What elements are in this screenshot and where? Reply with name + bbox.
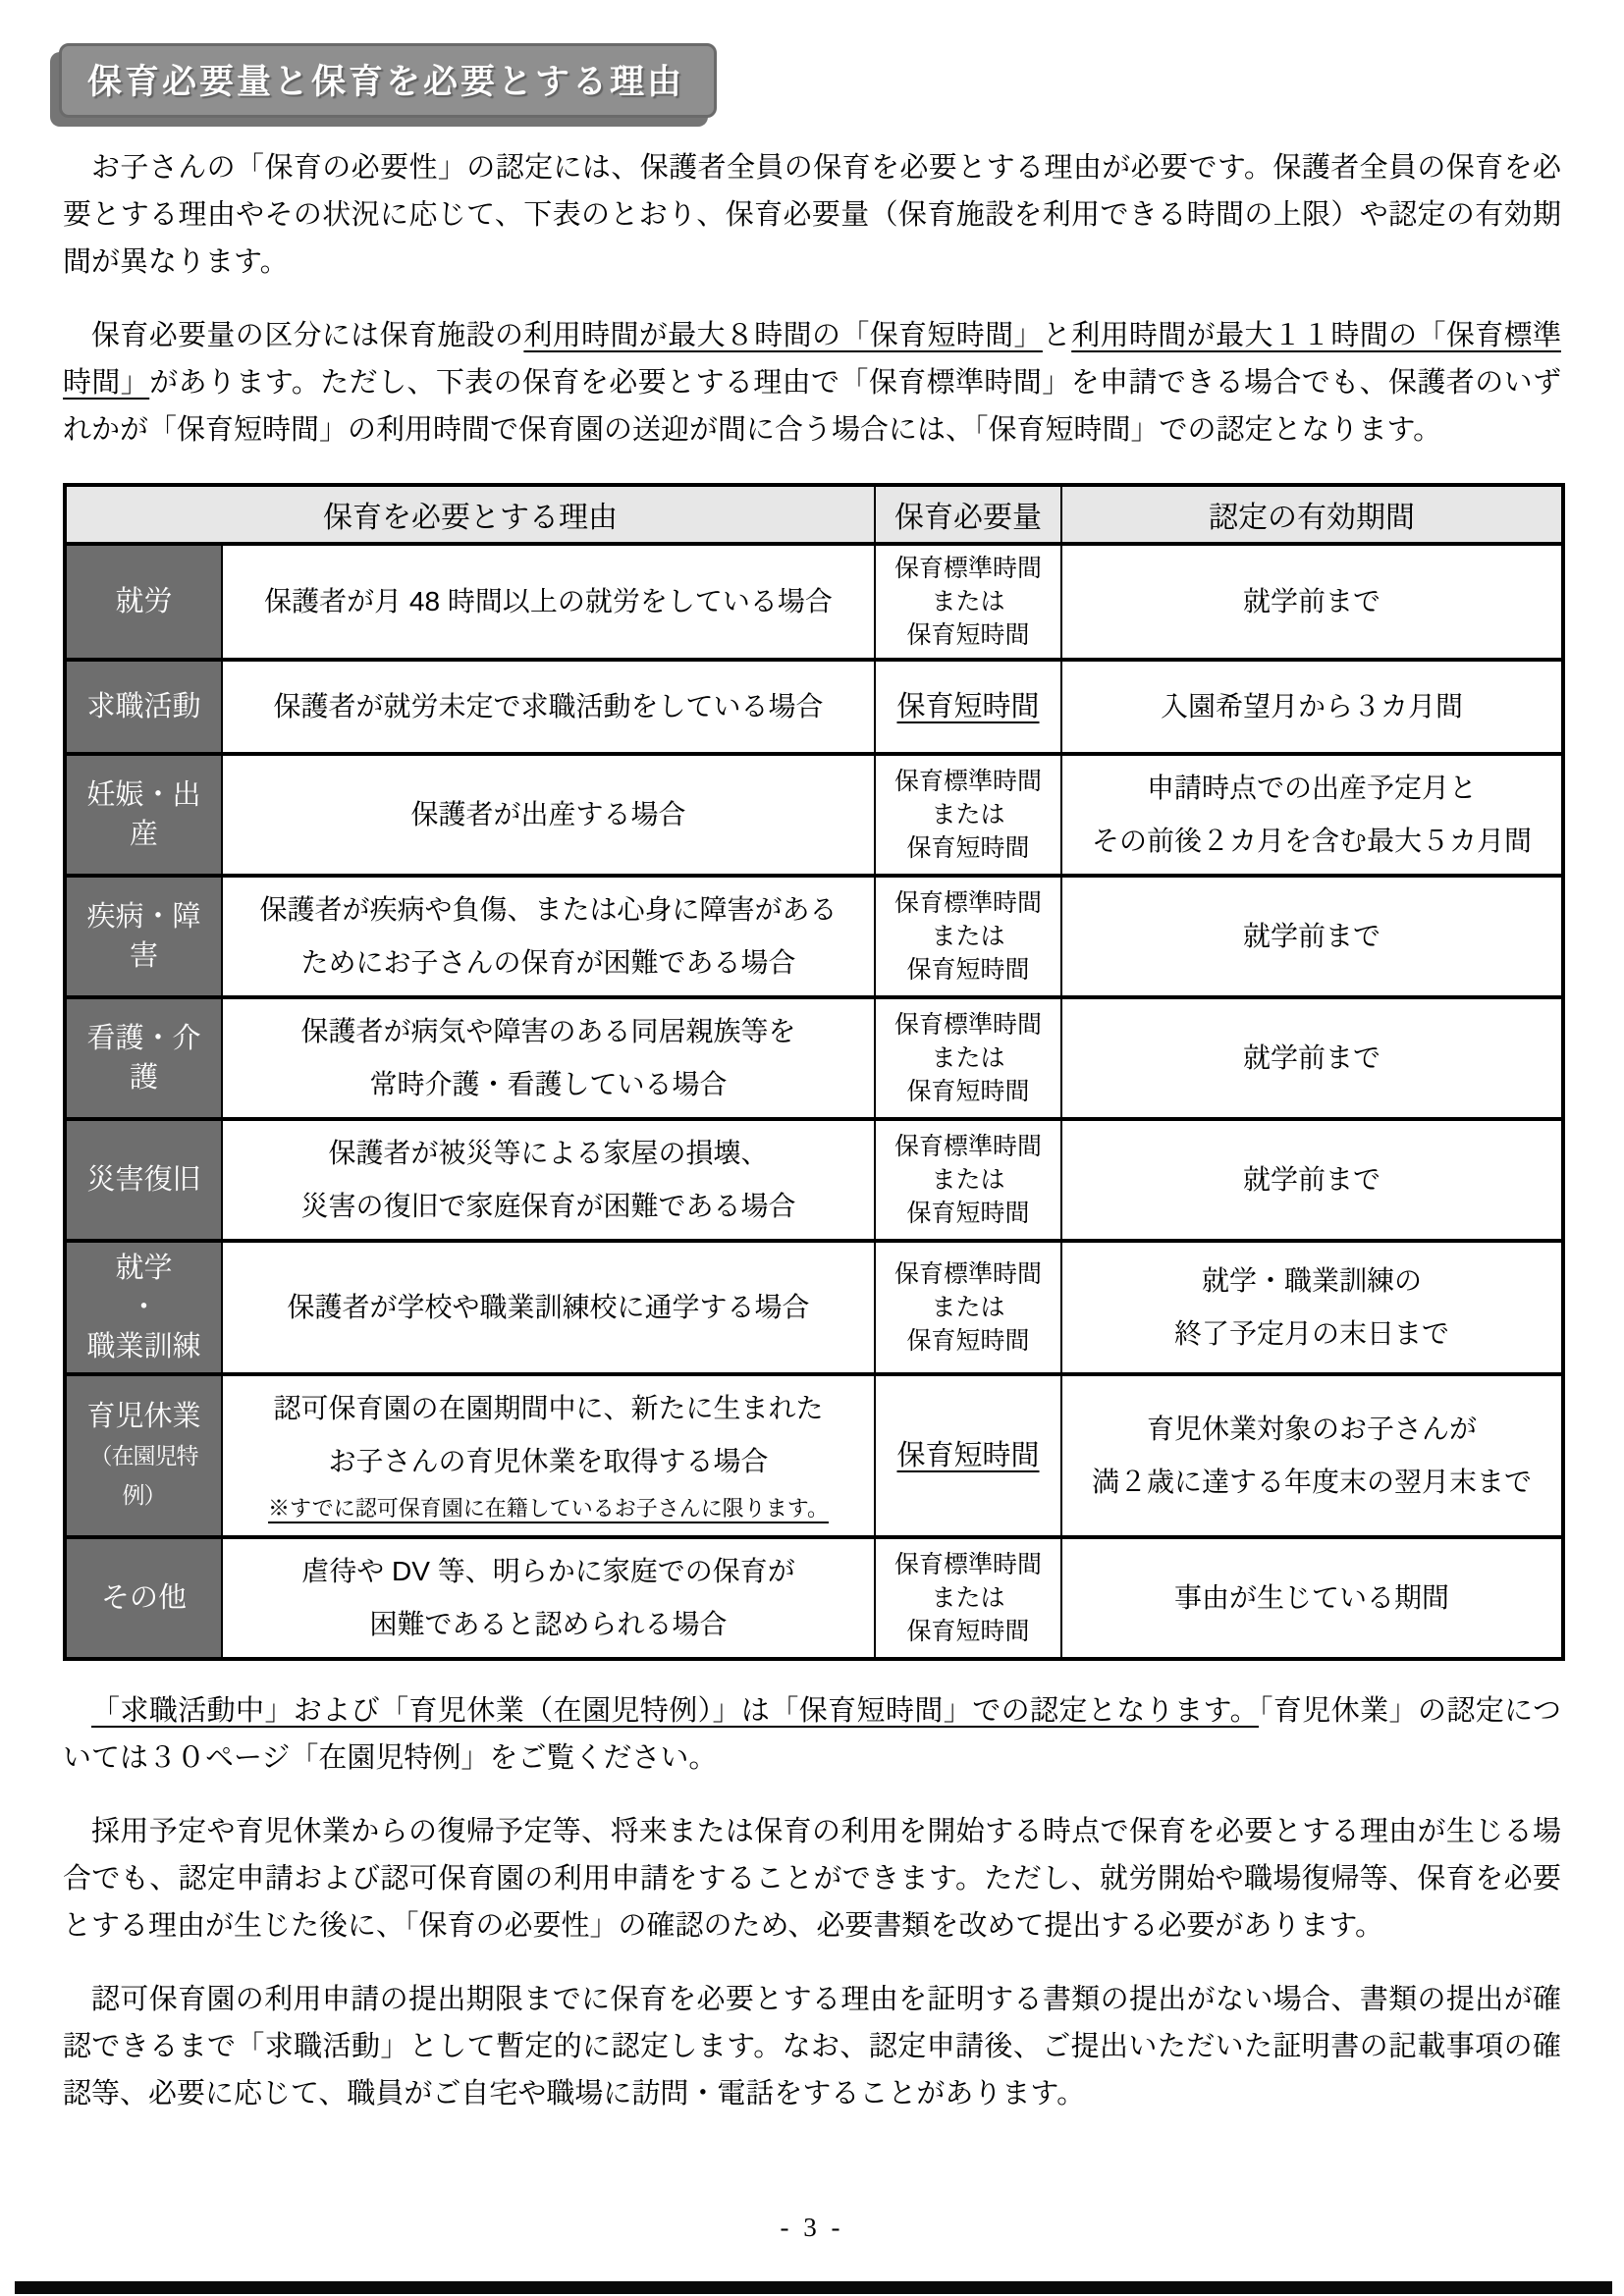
text-segment: があります。ただし、下表の保育を必要とする理由で「保育標準時間」を申請できる場合… [63,367,1561,446]
cell-line: 就学前まで [1070,910,1553,963]
cell-line: その他 [75,1578,213,1618]
table-row: 災害復旧保護者が被災等による家屋の損壊、災害の復旧で家庭保育が困難である場合保育… [65,1119,1563,1241]
cell-line: 保育標準時間 [884,552,1053,585]
cell-line: 保育短時間 [884,618,1053,652]
bottom-scan-bar [15,2281,1612,2294]
row-amount: 保育短時間 [875,660,1061,754]
row-validity: 就学前まで [1061,1119,1563,1241]
cell-line: 保護者が就労未定で求職活動をしている場合 [231,680,866,733]
table-row: その他虐待や DV 等、明らかに家庭での保育が困難であると認められる場合保育標準… [65,1537,1563,1659]
cell-line: 育児休業 [75,1397,213,1436]
cell-line: 保護者が出産する場合 [231,788,866,841]
cell-line: 保護者が被災等による家屋の損壊、 [231,1127,866,1180]
cell-line: または [884,1581,1053,1615]
cell-line: 就学・職業訓練の [1070,1255,1553,1308]
cell-line: 保育標準時間 [884,1130,1053,1163]
cell-line: （在園児特例） [75,1436,213,1515]
row-amount: 保育標準時間または保育短時間 [875,1119,1061,1241]
table-row: 妊娠・出産保護者が出産する場合保育標準時間または保育短時間申請時点での出産予定月… [65,754,1563,876]
row-amount: 保育標準時間または保育短時間 [875,997,1061,1119]
cell-line: 保護者が月 48 時間以上の就労をしている場合 [231,575,866,628]
cell-line: 育児休業対象のお子さんが [1070,1403,1553,1456]
cell-line: または [884,920,1053,953]
text-segment: 利用時間が最大８時間の「保育短時間」 [523,320,1042,351]
row-description: 保護者が月 48 時間以上の就労をしている場合 [222,544,875,660]
page-number: - 3 - [0,2213,1624,2243]
row-validity: 就学前まで [1061,876,1563,997]
table-row: 育児休業（在園児特例）認可保育園の在園期間中に、新たに生まれたお子さんの育児休業… [65,1374,1563,1537]
reason-table-body: 就労保護者が月 48 時間以上の就労をしている場合保育標準時間または保育短時間就… [65,544,1563,1659]
row-amount: 保育標準時間または保育短時間 [875,876,1061,997]
cell-line: 保育短時間 [884,831,1053,865]
row-category: 災害復旧 [65,1119,222,1241]
cell-line: 申請時点での出産予定月と [1070,762,1553,815]
row-amount: 保育標準時間または保育短時間 [875,754,1061,876]
row-category: その他 [65,1537,222,1659]
cell-line: 就学前まで [1070,1153,1553,1206]
cell-line: 入園希望月から３カ月間 [1070,680,1553,733]
table-header-validity: 認定の有効期間 [1061,485,1563,544]
row-validity: 事由が生じている期間 [1061,1537,1563,1659]
cell-line: 看護・介護 [75,1019,213,1097]
cell-line: 保護者が病気や障害のある同居親族等を [231,1005,866,1058]
cell-line: 事由が生じている期間 [1070,1572,1553,1625]
cell-line: 災害の復旧で家庭保育が困難である場合 [231,1180,866,1233]
cell-line: 認可保育園の在園期間中に、新たに生まれた [231,1382,866,1435]
content-area: 保育必要量と保育を必要とする理由 お子さんの「保育の必要性」の認定には、保護者全… [0,0,1624,2117]
table-header-amount: 保育必要量 [875,485,1061,544]
cell-line: 満２歳に達する年度末の翌月末まで [1070,1456,1553,1509]
table-header-row: 保育を必要とする理由 保育必要量 認定の有効期間 [65,485,1563,544]
cell-line: 保育短時間 [884,1324,1053,1358]
note-paragraph-1: 「求職活動中」および「育児休業（在園児特例）」は「保育短時間」での認定となります… [63,1687,1561,1782]
cell-line: ※すでに認可保育園に在籍しているお子さんに限ります。 [231,1488,866,1529]
text-segment: 「求職活動中」および「育児休業（在園児特例）」は「保育短時間」での認定となります… [91,1695,1259,1727]
cell-line: 災害復旧 [75,1160,213,1200]
cell-line: 保育短時間 [884,1615,1053,1648]
row-category: 就学・職業訓練 [65,1241,222,1374]
row-description: 保護者が学校や職業訓練校に通学する場合 [222,1241,875,1374]
cell-line: または [884,1291,1053,1324]
cell-line: 保育短時間 [884,684,1053,729]
cell-line: 保育標準時間 [884,886,1053,920]
row-description: 保護者が病気や障害のある同居親族等を常時介護・看護している場合 [222,997,875,1119]
cell-line: 妊娠・出産 [75,775,213,854]
page-title: 保育必要量と保育を必要とする理由 [59,43,717,118]
note-paragraph-2: 採用予定や育児休業からの復帰予定等、将来または保育の利用を開始する時点で保育を必… [63,1808,1561,1949]
row-category: 疾病・障害 [65,876,222,997]
cell-line: 常時介護・看護している場合 [231,1058,866,1111]
table-header-reason: 保育を必要とする理由 [65,485,875,544]
cell-line: 保護者が学校や職業訓練校に通学する場合 [231,1281,866,1334]
intro-paragraph-2: 保育必要量の区分には保育施設の利用時間が最大８時間の「保育短時間」と利用時間が最… [63,312,1561,454]
table-row: 就労保護者が月 48 時間以上の就労をしている場合保育標準時間または保育短時間就… [65,544,1563,660]
row-description: 保護者が就労未定で求職活動をしている場合 [222,660,875,754]
cell-line: 疾病・障害 [75,897,213,976]
cell-line: ・ [75,1288,213,1327]
cell-line: ためにお子さんの保育が困難である場合 [231,936,866,989]
row-category: 育児休業（在園児特例） [65,1374,222,1537]
cell-line: 就学前まで [1070,1032,1553,1085]
row-validity: 就学前まで [1061,544,1563,660]
cell-line: 職業訓練 [75,1327,213,1366]
cell-line: または [884,585,1053,618]
cell-line: 保育短時間 [884,953,1053,987]
intro-paragraph-1: お子さんの「保育の必要性」の認定には、保護者全員の保育を必要とする理由が必要です… [63,144,1561,286]
row-description: 虐待や DV 等、明らかに家庭での保育が困難であると認められる場合 [222,1537,875,1659]
row-category: 看護・介護 [65,997,222,1119]
row-description: 認可保育園の在園期間中に、新たに生まれたお子さんの育児休業を取得する場合※すでに… [222,1374,875,1537]
row-amount: 保育標準時間または保育短時間 [875,544,1061,660]
cell-line: 保育標準時間 [884,1548,1053,1581]
row-validity: 就学前まで [1061,997,1563,1119]
cell-line: 就学前まで [1070,575,1553,628]
table-row: 疾病・障害保護者が疾病や負傷、または心身に障害があるためにお子さんの保育が困難で… [65,876,1563,997]
cell-line: 困難であると認められる場合 [231,1598,866,1651]
text-segment: と [1043,320,1071,351]
cell-line: 求職活動 [75,687,213,726]
row-amount: 保育短時間 [875,1374,1061,1537]
table-row: 就学・職業訓練保護者が学校や職業訓練校に通学する場合保育標準時間または保育短時間… [65,1241,1563,1374]
row-category: 就労 [65,544,222,660]
cell-line: 保育標準時間 [884,765,1053,798]
row-validity: 就学・職業訓練の終了予定月の末日まで [1061,1241,1563,1374]
cell-line: または [884,1041,1053,1075]
cell-line: 就労 [75,582,213,621]
document-page: 保育必要量と保育を必要とする理由 お子さんの「保育の必要性」の認定には、保護者全… [0,0,1624,2296]
row-validity: 育児休業対象のお子さんが満２歳に達する年度末の翌月末まで [1061,1374,1563,1537]
table-row: 求職活動保護者が就労未定で求職活動をしている場合保育短時間入園希望月から３カ月間 [65,660,1563,754]
cell-line: 保育標準時間 [884,1257,1053,1291]
row-category: 求職活動 [65,660,222,754]
cell-line: 保育標準時間 [884,1008,1053,1041]
row-validity: 申請時点での出産予定月とその前後２カ月を含む最大５カ月間 [1061,754,1563,876]
text-segment: 保育必要量の区分には保育施設の [91,320,523,351]
cell-line: 保育短時間 [884,1075,1053,1108]
cell-line: 保護者が疾病や負傷、または心身に障害がある [231,883,866,936]
cell-line: 終了予定月の末日まで [1070,1308,1553,1361]
row-amount: 保育標準時間または保育短時間 [875,1537,1061,1659]
cell-line: その前後２カ月を含む最大５カ月間 [1070,815,1553,868]
row-category: 妊娠・出産 [65,754,222,876]
cell-line: 就学 [75,1249,213,1288]
row-amount: 保育標準時間または保育短時間 [875,1241,1061,1374]
cell-line: 保育短時間 [884,1433,1053,1478]
reason-table: 保育を必要とする理由 保育必要量 認定の有効期間 就労保護者が月 48 時間以上… [63,483,1565,1661]
table-row: 看護・介護保護者が病気や障害のある同居親族等を常時介護・看護している場合保育標準… [65,997,1563,1119]
cell-line: お子さんの育児休業を取得する場合 [231,1435,866,1488]
row-description: 保護者が出産する場合 [222,754,875,876]
row-description: 保護者が被災等による家屋の損壊、災害の復旧で家庭保育が困難である場合 [222,1119,875,1241]
row-validity: 入園希望月から３カ月間 [1061,660,1563,754]
cell-line: または [884,1163,1053,1197]
row-description: 保護者が疾病や負傷、または心身に障害があるためにお子さんの保育が困難である場合 [222,876,875,997]
note-paragraph-3: 認可保育園の利用申請の提出期限までに保育を必要とする理由を証明する書類の提出がな… [63,1976,1561,2117]
cell-line: 虐待や DV 等、明らかに家庭での保育が [231,1545,866,1598]
cell-line: 保育短時間 [884,1197,1053,1230]
cell-line: または [884,798,1053,831]
